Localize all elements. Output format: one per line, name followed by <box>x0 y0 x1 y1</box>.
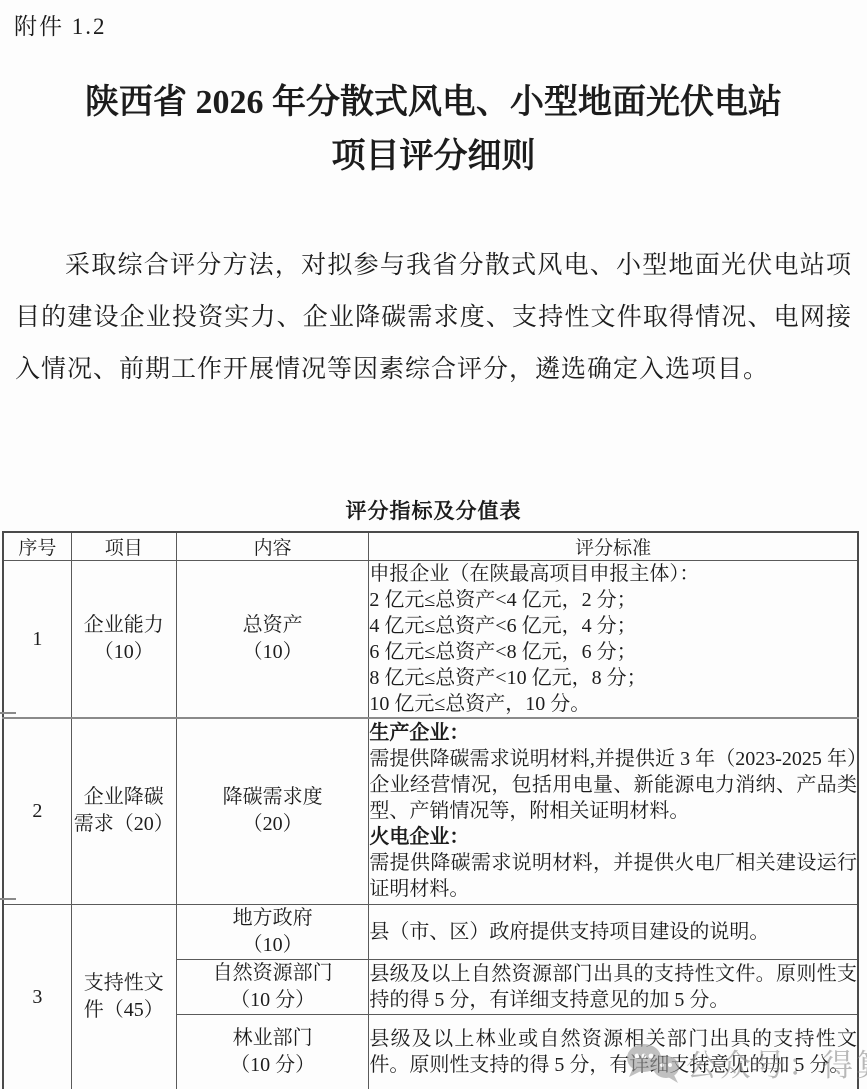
row1-criteria-cell: 申报企业（在陕最高项目申报主体）： 2 亿元≤总资产<4 亿元，2 分； 4 亿… <box>369 561 858 719</box>
row3-item-line1: 支持性文 <box>72 970 176 997</box>
row3-number: 3 <box>3 904 71 1089</box>
criteria-body-thermal: 需提供降碳需求说明材料，并提供火电厂相关建设运行证明材料。 <box>369 850 857 902</box>
header-cell-criteria: 评分标准 <box>369 532 858 561</box>
header-cell-content: 内容 <box>176 532 368 561</box>
row3c-content-cell: 林业部门 （10 分） <box>176 1014 368 1089</box>
doc-title: 陕西省 2026 年分散式风电、小型地面光伏电站 项目评分细则 <box>0 76 867 184</box>
row2-content-cell: 降碳需求度 （20） <box>176 718 368 904</box>
row1-content-line2: （10） <box>177 639 368 666</box>
header-cell-no: 序号 <box>3 532 71 561</box>
doc-title-line2: 项目评分细则 <box>0 130 867 184</box>
row3-item-cell: 支持性文 件（45） <box>71 904 176 1089</box>
criteria-body-producer: 需提供降碳需求说明材料,并提供近 3 年（2023-2025 年）企业经营情况，… <box>369 746 857 824</box>
row2-content-line1: 降碳需求度 <box>177 784 368 811</box>
row3c-content-line2: （10 分） <box>177 1052 368 1079</box>
row1-content-cell: 总资产 （10） <box>176 561 368 719</box>
criteria-line: 4 亿元≤总资产<6 亿元，4 分； <box>369 613 857 639</box>
row3b-criteria-cell: 县级及以上自然资源部门出具的支持性文件。原则性支持的得 5 分，有详细支持意见的… <box>369 959 858 1014</box>
row3c-criteria-cell: 县级及以上林业或自然资源相关部门出具的支持性文件。原则性支持的得 5 分，有详细… <box>369 1014 858 1089</box>
header-cell-item: 项目 <box>71 532 176 561</box>
row3a-content-line1: 地方政府 <box>177 905 368 932</box>
criteria-heading-thermal: 火电企业： <box>369 824 857 850</box>
table-row-1: 1 企业能力 （10） 总资产 （10） 申报企业（在陕最高项目申报主体）： 2… <box>3 561 858 719</box>
row1-item-line1: 企业能力 <box>72 612 176 639</box>
scoring-table: 序号 项目 内容 评分标准 1 企业能力 （10） 总资产 （10） 申报企业（… <box>2 531 859 1089</box>
table-row-2: 2 企业降碳 需求（20） 降碳需求度 （20） 生产企业： 需提供降碳需求说明… <box>3 718 858 904</box>
row2-criteria-cell: 生产企业： 需提供降碳需求说明材料,并提供近 3 年（2023-2025 年）企… <box>369 718 858 904</box>
scan-artifact-line <box>0 712 16 714</box>
row3-item-line2: 件（45） <box>72 997 176 1024</box>
table-title: 评分指标及分值表 <box>0 495 867 525</box>
row3a-criteria-cell: 县（市、区）政府提供支持项目建设的说明。 <box>369 904 858 959</box>
table-header-row: 序号 项目 内容 评分标准 <box>3 532 858 561</box>
criteria-line: 2 亿元≤总资产<4 亿元，2 分； <box>369 587 857 613</box>
row2-item-line1: 企业降碳 <box>72 784 176 811</box>
row1-content-line1: 总资产 <box>177 612 368 639</box>
row1-item-cell: 企业能力 （10） <box>71 561 176 719</box>
doc-title-line1: 陕西省 2026 年分散式风电、小型地面光伏电站 <box>0 76 867 130</box>
row2-number: 2 <box>3 718 71 904</box>
row1-number: 1 <box>3 561 71 719</box>
criteria-heading-producer: 生产企业： <box>369 720 857 746</box>
row1-item-line2: （10） <box>72 639 176 666</box>
intro-paragraph: 采取综合评分方法，对拟参与我省分散式风电、小型地面光伏电站项目的建设企业投资实力… <box>15 240 852 396</box>
row3b-content-line1: 自然资源部门 <box>177 960 368 987</box>
scan-artifact-line <box>0 898 16 900</box>
table-row-3a: 3 支持性文 件（45） 地方政府 （10） 县（市、区）政府提供支持项目建设的… <box>3 904 858 959</box>
criteria-line: 6 亿元≤总资产<8 亿元，6 分； <box>369 639 857 665</box>
criteria-line: 申报企业（在陕最高项目申报主体）： <box>369 561 857 587</box>
criteria-line: 10 亿元≤总资产，10 分。 <box>369 691 857 717</box>
document-page: 附件 1.2 陕西省 2026 年分散式风电、小型地面光伏电站 项目评分细则 采… <box>0 0 867 1089</box>
row3a-content-cell: 地方政府 （10） <box>176 904 368 959</box>
row3a-content-line2: （10） <box>177 932 368 959</box>
criteria-line: 8 亿元≤总资产<10 亿元，8 分； <box>369 665 857 691</box>
row3b-content-line2: （10 分） <box>177 987 368 1014</box>
row3c-content-line1: 林业部门 <box>177 1025 368 1052</box>
row2-item-line2: 需求（20） <box>72 811 176 838</box>
row3b-content-cell: 自然资源部门 （10 分） <box>176 959 368 1014</box>
attachment-label: 附件 1.2 <box>14 8 107 41</box>
row2-content-line2: （20） <box>177 811 368 838</box>
row2-item-cell: 企业降碳 需求（20） <box>71 718 176 904</box>
